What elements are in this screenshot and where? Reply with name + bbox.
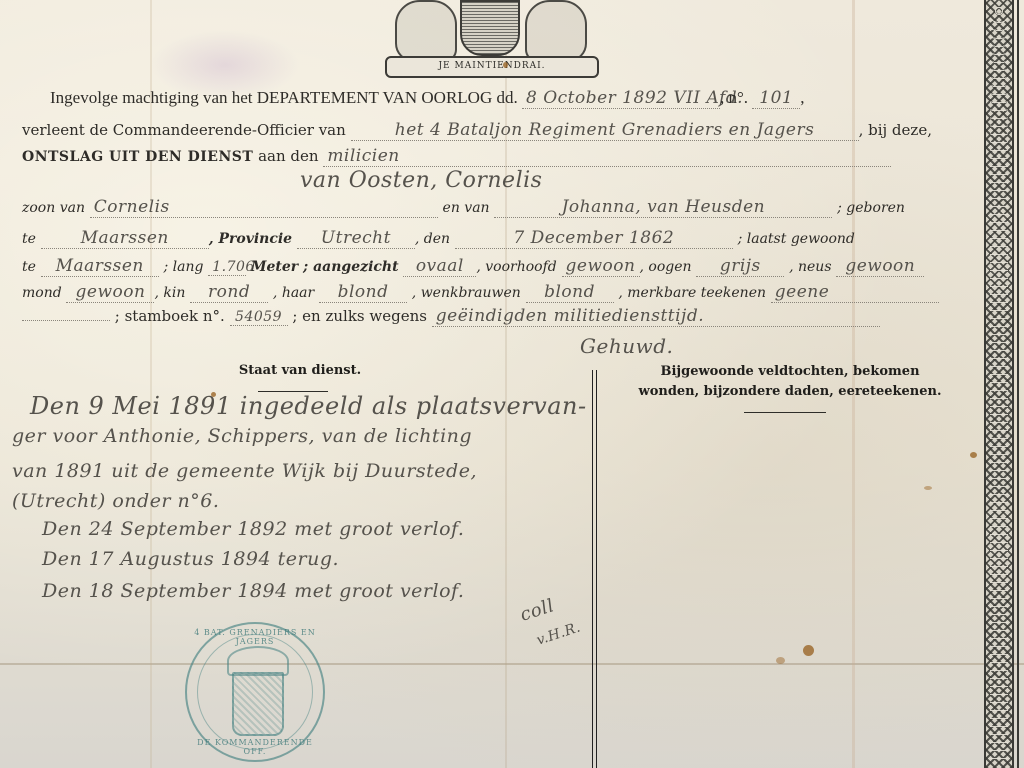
stamboek-line: ; stamboek n°. 54059 ; en zulks wegens g…	[22, 306, 880, 327]
rank-value: milicien	[323, 146, 891, 167]
eyebrows: blond	[526, 282, 614, 303]
residence-line: te Maarssen ; lang 1.706 Meter ; aangezi…	[22, 256, 924, 277]
stain	[776, 657, 785, 664]
haar-label: , haar	[273, 285, 314, 301]
seal-shield-icon	[232, 672, 284, 736]
voorhoofd-label: , voorhoofd	[476, 259, 556, 275]
service-entry: Den 9 Mei 1891 ingedeeld als plaatsverva…	[30, 392, 587, 420]
nose: gewoon	[836, 256, 924, 277]
bij-deze-text: , bij deze,	[859, 121, 932, 139]
birthplace: Maarssen	[41, 228, 209, 249]
motto-ribbon: JE MAINTIENDRAI.	[385, 56, 599, 78]
father-name: Cornelis	[90, 197, 438, 218]
wegens-label: ; en zulks wegens	[292, 307, 427, 325]
service-entry: (Utrecht) onder n°6.	[12, 490, 219, 512]
soldier-name: van Oosten, Cornelis	[300, 168, 542, 193]
stamboek-number: 54059	[230, 309, 288, 326]
column-divider	[592, 370, 597, 768]
provincie-label: , Provincie	[209, 231, 292, 247]
comma: ,	[800, 88, 804, 107]
mond-label: mond	[22, 285, 62, 301]
dd-label: dd.	[496, 88, 517, 107]
te-label: te	[22, 231, 36, 247]
te-label-2: te	[22, 259, 36, 275]
features-line: mond gewoon, kin rond , haar blond , wen…	[22, 282, 939, 303]
campaigns-heading: Bijgewoonde veldtochten, bekomen wonden,…	[610, 362, 970, 402]
stain	[503, 62, 508, 68]
fold-crease-horizontal	[0, 663, 1024, 665]
kin-label: , kin	[154, 285, 185, 301]
discharge-reason: geëindigden militiediensttijd.	[432, 306, 880, 327]
lion-left-icon	[395, 0, 457, 62]
service-entry: Den 24 September 1892 met groot verlof.	[42, 518, 464, 540]
campaigns-heading-line-2: wonden, bijzondere daden, eereteekenen.	[610, 382, 970, 402]
seal-text-bottom: DE KOMMANDERENDE OFF.	[187, 738, 323, 756]
authorization-date: 8 October 1892 VII Afd.	[522, 88, 720, 109]
lang-label: ; lang	[163, 259, 203, 275]
aan-den-text: aan den	[258, 147, 318, 165]
intro-text: Ingevolge machtiging van het	[50, 88, 253, 107]
service-entry: ger voor Anthonie, Schippers, van de lic…	[12, 425, 472, 447]
header-line-1: Ingevolge machtiging van het DEPARTEMENT…	[50, 88, 805, 109]
face: ovaal	[403, 256, 476, 277]
fold-crease-left	[150, 0, 152, 768]
no-label: , n°.	[720, 88, 748, 107]
meter-label: Meter ; aangezicht	[251, 259, 399, 275]
service-record-heading: Staat van dienst.	[200, 363, 400, 378]
department-name: DEPARTEMENT VAN OORLOG	[257, 88, 492, 107]
den-label: , den	[415, 231, 450, 247]
regiment-seal: 4 BAT. GRENADIERS EN JAGERS DE KOMMANDER…	[185, 622, 325, 762]
mouth: gewoon	[66, 282, 154, 303]
blank-field	[22, 320, 110, 321]
stain	[803, 645, 814, 656]
campaigns-underline	[744, 412, 826, 413]
birth-date: 7 December 1862	[455, 228, 733, 249]
en-van-label: en van	[443, 200, 490, 216]
header-line-2: verleent de Commandeerende-Officier van …	[22, 120, 932, 141]
laatst-gewoond-label: ; laatst gewoond	[738, 231, 855, 247]
mother-name: Johanna, van Heusden	[494, 197, 832, 218]
seal-text-top: 4 BAT. GRENADIERS EN JAGERS	[187, 628, 323, 646]
eyes: grijs	[696, 256, 784, 277]
height: 1.706	[208, 259, 246, 276]
geboren-label: ; geboren	[837, 200, 905, 216]
distinguishing-marks: geene	[771, 282, 939, 303]
service-entry: Den 17 Augustus 1894 terug.	[42, 548, 339, 570]
forehead: gewoon	[562, 256, 640, 277]
wenkbrauwen-label: , wenkbrauwen	[412, 285, 521, 301]
lion-right-icon	[525, 0, 587, 62]
hair: blond	[319, 282, 407, 303]
decorative-border	[984, 0, 1014, 768]
marital-status: Gehuwd.	[580, 334, 673, 358]
coat-of-arms: JE MAINTIENDRAI.	[385, 0, 595, 80]
birth-line: te Maarssen, Provincie Utrecht, den 7 De…	[22, 228, 855, 249]
oogen-label: , oogen	[640, 259, 692, 275]
stain	[924, 486, 932, 490]
campaigns-heading-line-1: Bijgewoonde veldtochten, bekomen	[610, 362, 970, 382]
border-outer-rule	[1017, 0, 1019, 768]
stain	[211, 392, 216, 397]
stamboek-label: ; stamboek n°.	[115, 307, 225, 325]
header-line-3: ONTSLAG UIT DEN DIENST aan den milicien	[22, 146, 891, 167]
shield-icon	[460, 0, 520, 56]
merkbare-teekenen-label: , merkbare teekenen	[618, 285, 766, 301]
fold-crease-center	[505, 0, 507, 768]
authorization-number: 101	[752, 88, 800, 109]
parents-line: zoon van Cornelis en van Johanna, van He…	[22, 197, 905, 218]
discharge-title: ONTSLAG UIT DEN DIENST	[22, 149, 253, 165]
officer-text: verleent de Commandeerende-Officier van	[22, 121, 346, 139]
unit-value: het 4 Bataljon Regiment Grenadiers en Ja…	[351, 120, 859, 141]
service-entry: Den 18 September 1894 met groot verlof.	[42, 580, 464, 602]
zoon-van-label: zoon van	[22, 200, 85, 216]
stain	[970, 452, 977, 458]
service-entry: van 1891 uit de gemeente Wijk bij Duurst…	[12, 460, 477, 482]
residence: Maarssen	[41, 256, 159, 277]
chin: rond	[190, 282, 268, 303]
neus-label: , neus	[789, 259, 831, 275]
province: Utrecht	[297, 228, 415, 249]
